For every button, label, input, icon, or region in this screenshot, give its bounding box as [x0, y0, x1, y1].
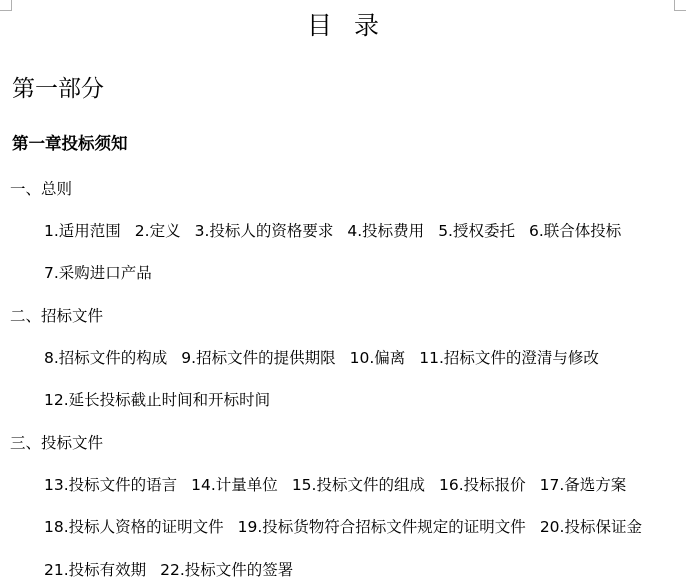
toc-item[interactable]: 3.投标人的资格要求 — [195, 220, 334, 242]
toc-item[interactable]: 10.偏离 — [350, 347, 406, 369]
toc-item[interactable]: 5.授权委托 — [438, 220, 515, 242]
toc-item[interactable]: 4.投标费用 — [347, 220, 424, 242]
toc-line: 7.采购进口产品 — [44, 262, 152, 284]
toc-item[interactable]: 2.定义 — [135, 220, 181, 242]
toc-item[interactable]: 12.延长投标截止时间和开标时间 — [44, 389, 270, 411]
toc-item[interactable]: 11.招标文件的澄清与修改 — [419, 347, 599, 369]
toc-item[interactable]: 19.投标货物符合招标文件规定的证明文件 — [238, 516, 526, 538]
toc-item[interactable]: 21.投标有效期 — [44, 559, 146, 581]
toc-title: 目录 — [0, 10, 686, 42]
toc-item[interactable]: 20.投标保证金 — [540, 516, 642, 538]
toc-title-char-1: 目 — [307, 10, 332, 42]
toc-item[interactable]: 16.投标报价 — [439, 474, 526, 496]
toc-item[interactable]: 14.计量单位 — [191, 474, 278, 496]
toc-line: 13.投标文件的语言14.计量单位15.投标文件的组成16.投标报价17.备选方… — [44, 474, 626, 496]
section-heading: 二、招标文件 — [10, 305, 103, 327]
toc-item[interactable]: 6.联合体投标 — [529, 220, 621, 242]
toc-item[interactable]: 22.投标文件的签署 — [160, 559, 293, 581]
toc-line: 8.招标文件的构成9.招标文件的提供期限10.偏离11.招标文件的澄清与修改 — [44, 347, 599, 369]
section-heading: 三、投标文件 — [10, 432, 103, 454]
toc-item[interactable]: 9.招标文件的提供期限 — [181, 347, 335, 369]
toc-item[interactable]: 8.招标文件的构成 — [44, 347, 167, 369]
toc-item[interactable]: 17.备选方案 — [540, 474, 627, 496]
toc-line: 18.投标人资格的证明文件19.投标货物符合招标文件规定的证明文件20.投标保证… — [44, 516, 642, 538]
toc-item[interactable]: 15.投标文件的组成 — [292, 474, 425, 496]
chapter-heading: 第一章投标须知 — [12, 132, 128, 156]
toc-line: 21.投标有效期22.投标文件的签署 — [44, 559, 293, 581]
toc-line: 1.适用范围2.定义3.投标人的资格要求4.投标费用5.授权委托6.联合体投标 — [44, 220, 621, 242]
toc-item[interactable]: 7.采购进口产品 — [44, 262, 152, 284]
toc-item[interactable]: 13.投标文件的语言 — [44, 474, 177, 496]
part-heading: 第一部分 — [12, 74, 104, 104]
toc-item[interactable]: 18.投标人资格的证明文件 — [44, 516, 224, 538]
toc-item[interactable]: 1.适用范围 — [44, 220, 121, 242]
toc-line: 12.延长投标截止时间和开标时间 — [44, 389, 270, 411]
toc-title-char-2: 录 — [354, 10, 379, 42]
section-heading: 一、总则 — [10, 178, 72, 200]
